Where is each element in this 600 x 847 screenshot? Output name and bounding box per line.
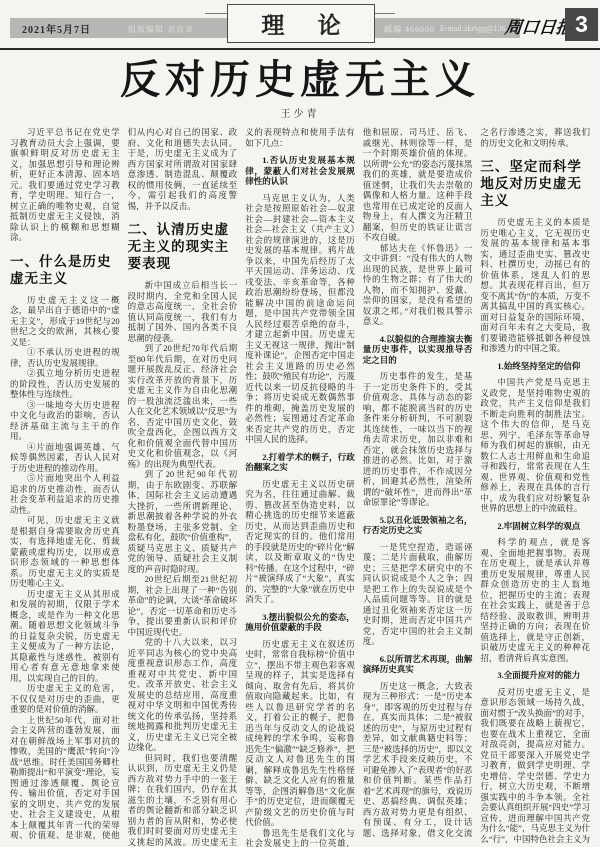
article-paragraph: ④片面地强调英雄、气候等偶然因素，否认人民对于历史进程的推动作用。 xyxy=(10,442,120,474)
issue-date: 2021年5月7日 xyxy=(22,21,91,36)
article-paragraph: 可见，历史虚无主义就是根据自身需要取舍历史真实，有选择地虚无化、剪裁蒙蔽或虚构历… xyxy=(10,515,120,589)
article-paragraph: 一是凭空捏造，造谣诬蔑；二是片面截取，曲解历史；三是把学术研究中的不同认识说成是… xyxy=(363,542,473,647)
masthead: 2021年5月7日 组版编辑 刘彦章 理 论 邮编 466000 E-mail:… xyxy=(0,0,600,50)
article-paragraph: ③一味地夸大历史进程中文化与政治的影响，否认经济基础主流与主干的作用。 xyxy=(10,400,120,442)
article-paragraph: 历史虚无主义从其形成和发展的初期，仅限于学术概念，或是作为一种文化思潮。随着思想… xyxy=(10,589,120,684)
sub-heading: 6.以所谓艺术再现，曲解演绎历史真实 xyxy=(363,654,473,675)
article-paragraph: 郁达夫在《怀鲁迅》一文中讲到：“没有伟大的人物出现的民族，是世界上最可怜的生物之… xyxy=(363,243,473,327)
page-number-badge: 3 xyxy=(565,8,598,41)
sub-heading: 2.打着学术的幌子，行政治翻案之实 xyxy=(245,452,355,473)
article-paragraph: 到了20世纪70年代后期至80年代后期，在对历史问题开展拨乱反正、经济社会实行改… xyxy=(128,343,238,469)
section-heading: 一、什么是历史虚无主义 xyxy=(10,253,120,287)
section-title-box: 理 论 xyxy=(227,4,375,43)
article-paragraph: 历史虚无主义这一概念，最早出自于德语中的“虚无主义”，形成于19世纪与20世纪之… xyxy=(10,295,120,348)
sub-heading: 2.牢固树立科学的观点 xyxy=(480,521,590,532)
sub-heading: 3.全面提升应对的能力 xyxy=(480,670,590,681)
article-paragraph: 历史虚无主义的危害，不仅仅是对历史的歪曲，更重要的是对价值的消解。 xyxy=(10,683,120,715)
article-paragraph: 历史虚无主义以历史研究为名，往往通过曲解、裁剪、篡改甚至伪造史料，以精心挑选的历… xyxy=(245,479,355,605)
article-author: 王少青 xyxy=(0,105,600,120)
article-paragraph: 中国共产党是马克思主义政党，是坚持唯物史观的政党，共产主义信仰是我们不断走向胜利… xyxy=(480,377,590,514)
article-body: 习近平总书记在党史学习教育动员大会上强调，要旗帜鲜明反对历史虚无主义，加强思想引… xyxy=(10,127,590,847)
article-paragraph: ⑤片面地突出个人利益追求的历史推动性，而否认社会变革利益追求的历史推动性。 xyxy=(10,473,120,515)
article-paragraph: 习近平总书记在党史学习教育动员大会上强调，要旗帜鲜明反对历史虚无主义，加强思想引… xyxy=(10,127,120,243)
article-paragraph: 科学的观点，就是客观、全面地把握事物。表现在历史观上，就是承认并尊重历史发展规律… xyxy=(480,537,590,663)
sub-heading: 5.以丑化诋毁领袖之名，行否定历史之实 xyxy=(363,515,473,536)
section-box-rule-right xyxy=(373,13,395,14)
article-paragraph: 党的十八大以来，以习近平同志为核心的党中央高度重视意识形态工作，高度重视对中共党… xyxy=(128,637,238,753)
section-title-char: 理 xyxy=(261,7,284,40)
section-title-char: 论 xyxy=(318,7,341,40)
article-paragraph: 新中国成立后相当长一段时期内，全党和全国人民的意志高度统一，全社会价值认同高度统… xyxy=(128,280,238,343)
section-box-rule-left xyxy=(205,13,227,14)
sub-heading: 3.摆出貌似公允的姿态，施用价值蒙蔽的手段 xyxy=(245,612,355,633)
sub-heading: 1.否认历史发展基本规律，蒙蔽人们对社会发展规律性的认识 xyxy=(245,155,355,187)
paper-name: 周口日报 xyxy=(504,13,565,38)
newspaper-page: 2021年5月7日 组版编辑 刘彦章 理 论 邮编 466000 E-mail:… xyxy=(0,0,600,847)
article-paragraph: 到了20世纪90年代初期，由于东欧剧变、苏联解体，国际社会主义运动遭遇大挫折，一… xyxy=(128,469,238,574)
article-paragraph: 20世纪后期至21世纪初期，社会上出现了一种“告别革命”的论调，大谈“革命破坏论… xyxy=(128,574,238,637)
sub-heading: 4.以貌似的合理推演去衡量历史事件，以实现推导否定之目的 xyxy=(363,334,473,366)
article-headline: 反对历史虚无主义 xyxy=(0,58,600,102)
postcode-text: 邮编 466000 xyxy=(384,24,435,35)
layout-editor-note: 组版编辑 刘彦章 xyxy=(128,24,194,35)
article-paragraph: 历史虚无主义的本质是历史唯心主义，它无视历史发展的基本规律和基本事实，通过歪曲史… xyxy=(480,217,590,354)
article-paragraph: 马克思主义认为，人类社会是按照原始社会—奴隶社会—封建社会—资本主义社会—社会主… xyxy=(245,193,355,445)
section-heading: 二、认清历史虚无主义的现实主要表现 xyxy=(128,221,238,272)
article-paragraph: ①不承认历史进程的规律，否认历史发展规律。 xyxy=(10,347,120,368)
article-paragraph: ②孤立地分析历史进程的阶段性，否认历史发展的整体性与连续性。 xyxy=(10,368,120,400)
article-paragraph: 历史虚无主义在叙述历史时，常常自我标榜“价值中立”，摆出不带主观色彩客观呈现的样… xyxy=(245,639,355,828)
section-heading: 三、坚定而科学地反对历史虚无主义 xyxy=(480,158,590,209)
article-paragraph: 历史事件的发生，是基于一定历史条件下的，受其价值观念、具体与动态的影响，都不能脱… xyxy=(363,371,473,508)
sub-heading: 1.始终坚持坚定的信仰 xyxy=(480,361,590,372)
